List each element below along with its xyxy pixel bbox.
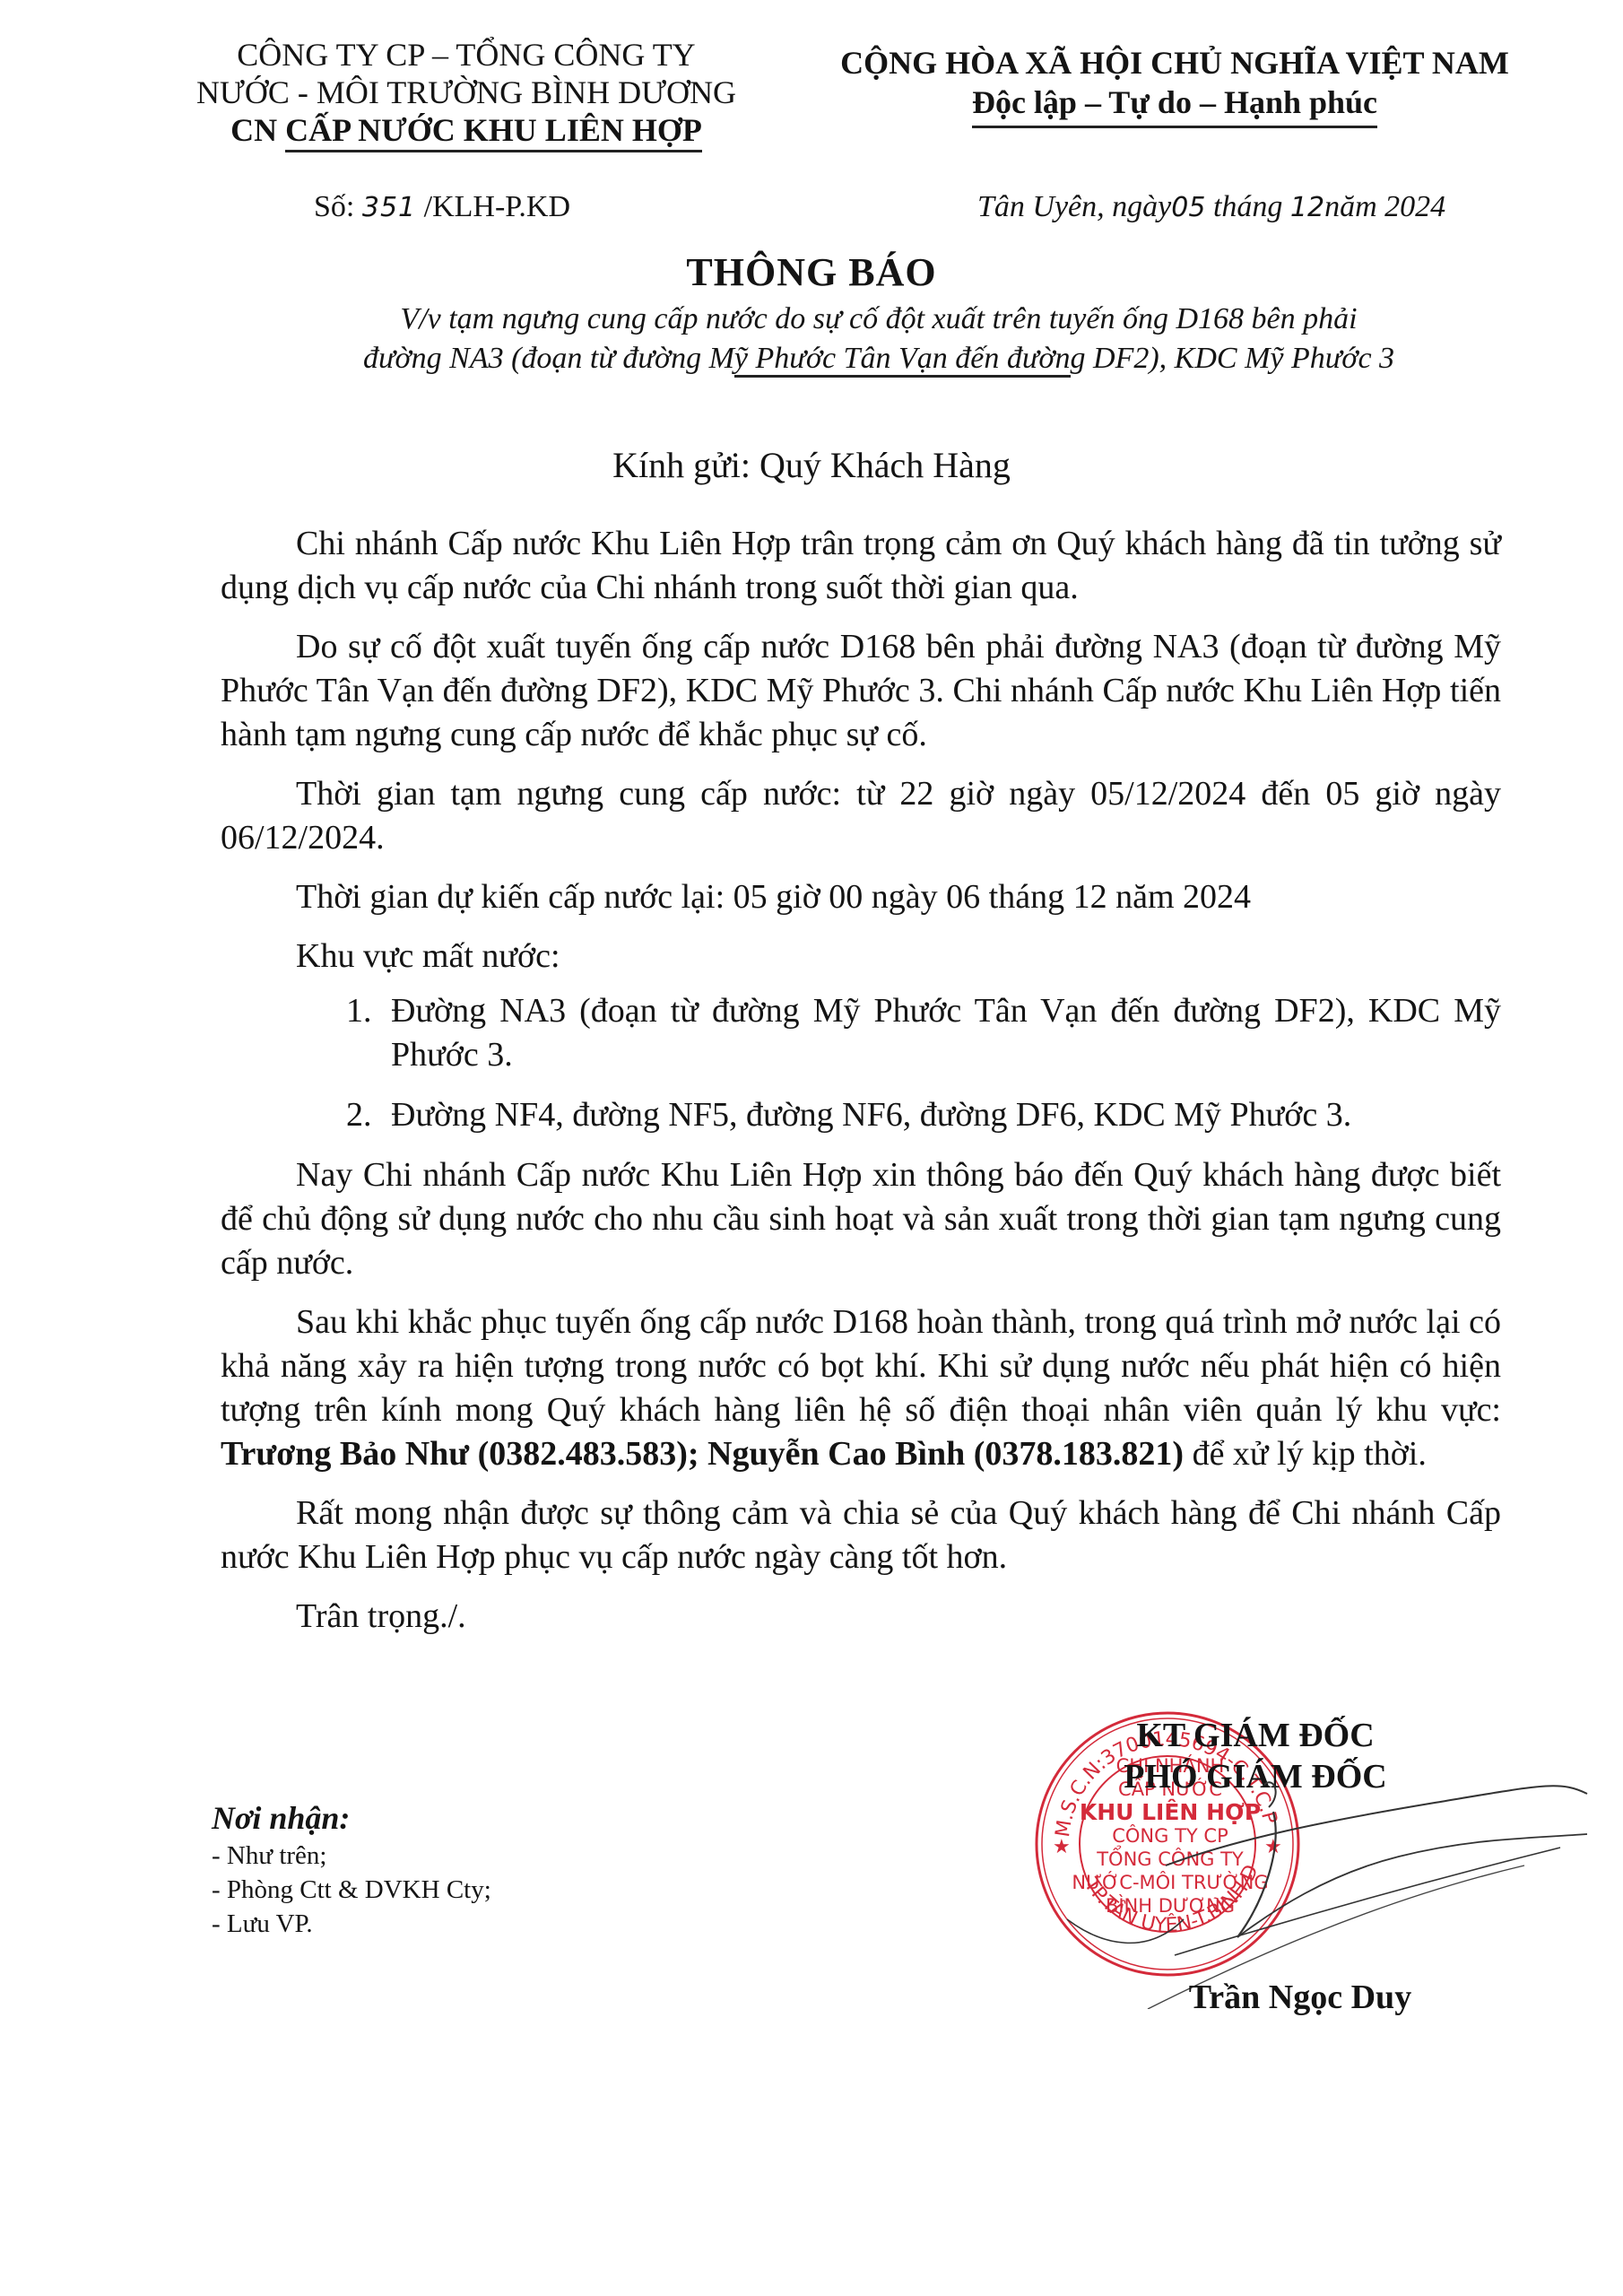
paragraph-thanks: Chi nhánh Cấp nước Khu Liên Hợp trân trọ… (221, 522, 1501, 610)
signature-icon (1058, 1740, 1614, 2009)
national-title: CỘNG HÒA XÃ HỘI CHỦ NGHĨA VIỆT NAM (816, 43, 1533, 83)
paragraph-affected-label: Khu vực mất nước: (221, 935, 1501, 978)
document-number-handwritten: 351 (362, 192, 416, 223)
document-number: Số: 351 /KLH-P.KD (314, 190, 570, 224)
subject-line-2b: g DF2), KDC Mỹ Phước 3 (1071, 342, 1395, 375)
paragraph-outage-time: Thời gian tạm ngưng cung cấp nước: từ 22… (221, 772, 1501, 860)
national-header: CỘNG HÒA XÃ HỘI CHỦ NGHĨA VIỆT NAM Độc l… (816, 43, 1533, 128)
paragraph-incident: Do sự cố đột xuất tuyến ống cấp nước D16… (221, 625, 1501, 757)
affected-area-item: 1.Đường NA3 (đoạn từ đường Mỹ Phước Tân … (221, 989, 1501, 1077)
affected-area-item: 2.Đường NF4, đường NF5, đường NF6, đường… (221, 1093, 1501, 1137)
subject-line-2-underlined: ỹ Phước Tân Vạn đến đườn (734, 342, 1071, 378)
issuer-branch-prefix: CN (230, 112, 285, 148)
document-number-suffix: /KLH-P.KD (416, 190, 570, 223)
recipient-item: - Lưu VP. (212, 1907, 491, 1941)
document-number-label: Số: (314, 190, 362, 223)
issuer-line-1: CÔNG TY CP – TỔNG CÔNG TY (179, 36, 753, 74)
issuer-branch: CN CẤP NƯỚC KHU LIÊN HỢP (179, 111, 753, 149)
contacts-intro: Sau khi khắc phục tuyến ống cấp nước D16… (221, 1303, 1501, 1429)
paragraph-contacts: Sau khi khắc phục tuyến ống cấp nước D16… (221, 1300, 1501, 1476)
area-number: 1. (346, 989, 372, 1033)
closing-regards: Trân trọng./. (221, 1595, 1501, 1639)
recipient-item: - Như trên; (212, 1839, 491, 1873)
date-day: 05 (1171, 192, 1205, 223)
date-year: năm 2024 (1324, 190, 1445, 223)
date-month: 12 (1290, 192, 1324, 223)
contacts-names-phones: Trương Bảo Như (0382.483.583); Nguyễn Ca… (221, 1435, 1184, 1473)
issuer-line-2: NƯỚC - MÔI TRƯỜNG BÌNH DƯƠNG (179, 74, 753, 111)
signer-name: Trần Ngọc Duy (1076, 1978, 1524, 2017)
date-month-label: tháng (1205, 190, 1289, 223)
recipients-block: Nơi nhận: - Như trên; - Phòng Ctt & DVKH… (212, 1801, 491, 1941)
issuer-branch-name: CẤP NƯỚC KHU LIÊN HỢP (285, 112, 702, 152)
area-text: Đường NA3 (đoạn từ đường Mỹ Phước Tân Vạ… (391, 992, 1501, 1074)
issuer-header: CÔNG TY CP – TỔNG CÔNG TY NƯỚC - MÔI TRƯ… (179, 36, 753, 149)
greeting: Kính gửi: Quý Khách Hàng (0, 444, 1623, 486)
document-title: THÔNG BÁO (0, 249, 1623, 295)
paragraph-notice: Nay Chi nhánh Cấp nước Khu Liên Hợp xin … (221, 1153, 1501, 1285)
subject-line-2: đường NA3 (đoạn từ đường Mỹ Phước Tân Vạ… (296, 339, 1462, 378)
subject-line-1: V/v tạm ngưng cung cấp nước do sự cố đột… (296, 300, 1462, 339)
paragraph-appreciation: Rất mong nhận được sự thông cảm và chia … (221, 1492, 1501, 1579)
notice-body: Chi nhánh Cấp nước Khu Liên Hợp trân trọ… (221, 522, 1501, 1654)
paragraph-restore-time: Thời gian dự kiến cấp nước lại: 05 giờ 0… (221, 875, 1501, 919)
national-motto: Độc lập – Tự do – Hạnh phúc (972, 83, 1377, 128)
subject-line-2a: đường NA3 (đoạn từ đường M (363, 342, 734, 375)
date-place: Tân Uyên, ngày (977, 190, 1171, 223)
affected-areas-list: 1.Đường NA3 (đoạn từ đường Mỹ Phước Tân … (221, 989, 1501, 1137)
contacts-outro: để xử lý kịp thời. (1184, 1435, 1427, 1473)
area-text: Đường NF4, đường NF5, đường NF6, đường D… (391, 1096, 1351, 1134)
area-number: 2. (346, 1093, 372, 1137)
document-subject: V/v tạm ngưng cung cấp nước do sự cố đột… (296, 300, 1462, 378)
date-line: Tân Uyên, ngày05 tháng 12năm 2024 (977, 190, 1445, 224)
recipients-label: Nơi nhận: (212, 1801, 491, 1835)
recipient-item: - Phòng Ctt & DVKH Cty; (212, 1873, 491, 1907)
